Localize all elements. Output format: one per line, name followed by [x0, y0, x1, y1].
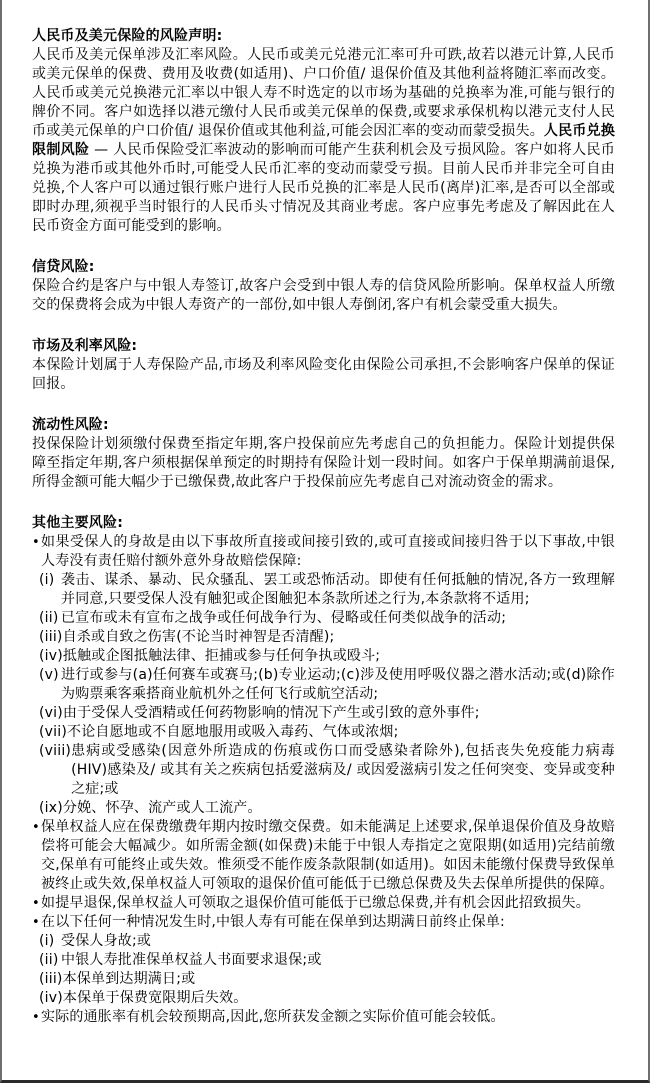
roman-label: (vi): [39, 704, 63, 723]
list-item-text: 实际的通胀率有机会较预期高,因此,您所获发金额之实际价值可能会较低。: [41, 1008, 615, 1027]
bullet-icon: •: [32, 1008, 41, 1027]
exclusion-text: 患病或受感染(因意外所造成的伤痕或伤口而受感染者除外),包括丧失免疫能力病毒(H…: [71, 742, 615, 799]
exclusion-item-vi: (vi) 由于受保人受酒精或任何药物影响的情况下产生或引致的意外事件;: [39, 704, 615, 723]
list-item-text: 保单权益人应在保费缴费年期内按时缴交保费。如未能满足上述要求,保单退保价值及身故…: [41, 818, 615, 894]
termination-sublist: (i) 受保人身故;或 (ii) 中银人寿批准保单权益人书面要求退保;或 (ii…: [39, 932, 615, 1008]
exclusion-item-i: (i) 袭击、谋杀、暴动、民众骚乱、罢工或恐怖活动。即使有任何抵触的情况,各方一…: [39, 571, 615, 609]
exclusion-item-viii: (viii) 患病或受感染(因意外所造成的伤痕或伤口而受感染者除外),包括丧失免…: [39, 742, 615, 799]
roman-label: (i): [39, 571, 61, 590]
termination-item-iv: (iv) 本保单于保费宽限期后失效。: [39, 989, 615, 1008]
exclusion-text: 不论自愿地或不自愿地服用或吸入毒药、气体或浓烟;: [67, 723, 615, 742]
exclusion-text: 已宣布或未有宣布之战争或任何战争行为、侵略或任何类似战争的活动;: [61, 609, 615, 628]
exclusion-item-iv: (iv) 抵触或企图抵触法律、拒捕或参与任何争执或殴斗;: [39, 647, 615, 666]
list-item-text: 如果受保人的身故是由以下事故所直接或间接引致的,或可直接或间接归咎于以下事故,中…: [41, 533, 615, 571]
termination-item-i: (i) 受保人身故;或: [39, 932, 615, 951]
fx-risk-text-2: — 人民币保险受汇率波动的影响而可能产生获利机会及亏损风险。客户如将人民币兑换为…: [32, 142, 615, 234]
risk-disclosure-document: 人民币及美元保险的风险声明: 人民币及美元保单涉及汇率风险。人民币或美元兑港元汇…: [0, 0, 650, 1083]
list-item-early-surrender: • 如提早退保,保单权益人可领取之退保价值可能低于已缴总保费,并有机会因此招致损…: [32, 894, 615, 913]
termination-item-iii: (iii) 本保单到达期满日;或: [39, 970, 615, 989]
list-item-text: 在以下任何一种情况发生时,中银人寿有可能在保单到达期满日前终止保单:: [41, 913, 615, 932]
termination-text: 受保人身故;或: [61, 932, 615, 951]
list-item-accident-exclusions: • 如果受保人的身故是由以下事故所直接或间接引致的,或可直接或间接归咎于以下事故…: [32, 533, 615, 571]
roman-label: (ix): [39, 799, 63, 818]
termination-item-ii: (ii) 中银人寿批准保单权益人书面要求退保;或: [39, 951, 615, 970]
exclusion-sublist: (i) 袭击、谋杀、暴动、民众骚乱、罢工或恐怖活动。即使有任何抵触的情况,各方一…: [39, 571, 615, 818]
market-risk-paragraph: 本保险计划属于人寿保险产品,市场及利率风险变化由保险公司承担,不会影响客户保单的…: [32, 356, 615, 394]
exclusion-text: 自杀或自致之伤害(不论当时神智是否清醒);: [63, 628, 615, 647]
exclusion-item-ix: (ix) 分娩、怀孕、流产或人工流产。: [39, 799, 615, 818]
section-heading-other-risks: 其他主要风险:: [32, 514, 615, 533]
roman-label: (i): [39, 932, 61, 951]
bullet-icon: •: [32, 533, 41, 552]
section-heading-credit-risk: 信贷风险:: [32, 258, 615, 277]
list-item-text: 如提早退保,保单权益人可领取之退保价值可能低于已缴总保费,并有机会因此招致损失。: [41, 894, 615, 913]
exclusion-item-ii: (ii) 已宣布或未有宣布之战争或任何战争行为、侵略或任何类似战争的活动;: [39, 609, 615, 628]
roman-label: (vii): [39, 723, 67, 742]
termination-text: 本保单于保费宽限期后失效。: [63, 989, 615, 1008]
roman-label: (ii): [39, 609, 61, 628]
section-heading-market-risk: 市场及利率风险:: [32, 337, 615, 356]
fx-risk-paragraph: 人民币及美元保单涉及汇率风险。人民币或美元兑港元汇率可升可跌,故若以港元计算,人…: [32, 46, 615, 236]
section-heading-liquidity-risk: 流动性风险:: [32, 416, 615, 435]
section-heading-fx-risk: 人民币及美元保险的风险声明:: [32, 27, 615, 46]
list-item-premium-payment: • 保单权益人应在保费缴费年期内按时缴交保费。如未能满足上述要求,保单退保价值及…: [32, 818, 615, 894]
fx-risk-text-1: 人民币及美元保单涉及汇率风险。人民币或美元兑港元汇率可升可跌,故若以港元计算,人…: [32, 47, 615, 139]
roman-label: (iv): [39, 647, 63, 666]
bullet-icon: •: [32, 818, 41, 837]
other-risks-list: • 如果受保人的身故是由以下事故所直接或间接引致的,或可直接或间接归咎于以下事故…: [32, 533, 615, 1027]
roman-label: (iii): [39, 628, 63, 647]
roman-label: (iv): [39, 989, 63, 1008]
liquidity-risk-paragraph: 投保保险计划须缴付保费至指定年期,客户投保前应先考虑自己的负担能力。保险计划提供…: [32, 435, 615, 492]
list-item-inflation: • 实际的通胀率有机会较预期高,因此,您所获发金额之实际价值可能会较低。: [32, 1008, 615, 1027]
exclusion-text: 抵触或企图抵触法律、拒捕或参与任何争执或殴斗;: [63, 647, 615, 666]
exclusion-text: 进行或参与(a)任何赛车或赛马;(b)专业运动;(c)涉及使用呼吸仪器之潜水活动…: [61, 666, 615, 704]
exclusion-text: 分娩、怀孕、流产或人工流产。: [63, 799, 615, 818]
bullet-icon: •: [32, 894, 41, 913]
exclusion-text: 袭击、谋杀、暴动、民众骚乱、罢工或恐怖活动。即使有任何抵触的情况,各方一致理解并…: [61, 571, 615, 609]
roman-label: (viii): [39, 742, 71, 761]
bullet-icon: •: [32, 913, 41, 932]
roman-label: (ii): [39, 951, 61, 970]
list-item-policy-termination: • 在以下任何一种情况发生时,中银人寿有可能在保单到达期满日前终止保单:: [32, 913, 615, 932]
exclusion-text: 由于受保人受酒精或任何药物影响的情况下产生或引致的意外事件;: [63, 704, 615, 723]
exclusion-item-vii: (vii) 不论自愿地或不自愿地服用或吸入毒药、气体或浓烟;: [39, 723, 615, 742]
exclusion-item-iii: (iii) 自杀或自致之伤害(不论当时神智是否清醒);: [39, 628, 615, 647]
termination-text: 本保单到达期满日;或: [63, 970, 615, 989]
exclusion-item-v: (v) 进行或参与(a)任何赛车或赛马;(b)专业运动;(c)涉及使用呼吸仪器之…: [39, 666, 615, 704]
termination-text: 中银人寿批准保单权益人书面要求退保;或: [61, 951, 615, 970]
roman-label: (v): [39, 666, 61, 685]
credit-risk-paragraph: 保险合约是客户与中银人寿签订,故客户会受到中银人寿的信贷风险所影响。保单权益人所…: [32, 277, 615, 315]
roman-label: (iii): [39, 970, 63, 989]
